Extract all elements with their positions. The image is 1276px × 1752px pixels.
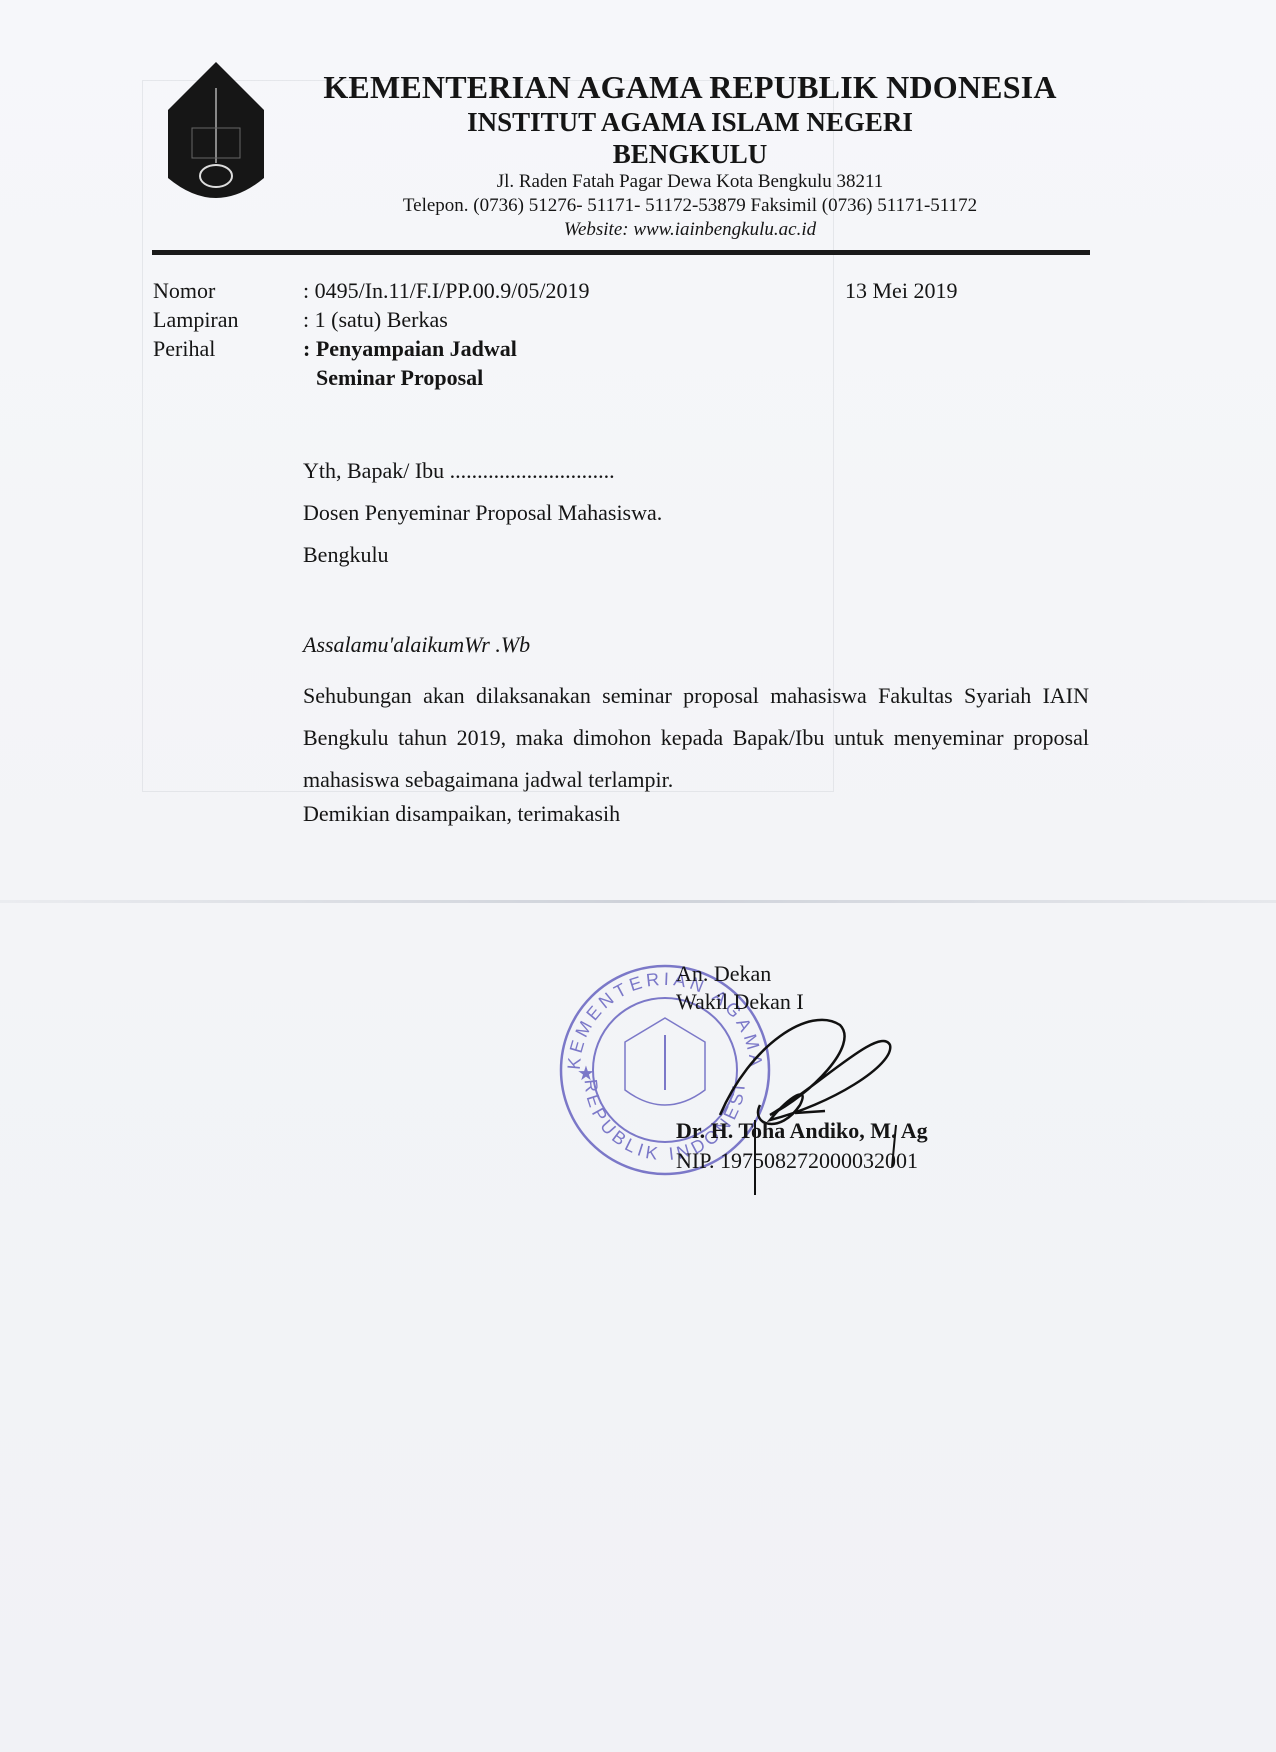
recipient-line: Yth, Bapak/ Ibu ........................…: [303, 450, 662, 492]
institute-phone: Telepon. (0736) 51276- 51171- 51172-5387…: [290, 194, 1090, 218]
letter-meta: Nomor : 0495/In.11/F.I/PP.00.9/05/2019 L…: [153, 276, 590, 392]
recipient-line: Bengkulu: [303, 534, 662, 576]
ministry-name: KEMENTERIAN AGAMA REPUBLIK NDONESIA: [290, 68, 1090, 106]
lampiran-value: : 1 (satu) Berkas: [303, 305, 448, 334]
nomor-value: : 0495/In.11/F.I/PP.00.9/05/2019: [303, 276, 590, 305]
letter-date: 13 Mei 2019: [845, 276, 957, 305]
nomor-label: Nomor: [153, 276, 303, 305]
recipient-block: Yth, Bapak/ Ibu ........................…: [303, 450, 662, 576]
lampiran-label: Lampiran: [153, 305, 303, 334]
institute-address: Jl. Raden Fatah Pagar Dewa Kota Bengkulu…: [290, 170, 1090, 194]
body-paragraph: Sehubungan akan dilaksanakan seminar pro…: [303, 675, 1089, 801]
signatory-nip: NIP. 197508272000032001: [676, 1148, 918, 1174]
greeting: Assalamu'alaikumWr .Wb: [303, 632, 530, 658]
signatory-name: Dr. H. Toha Andiko, M. Ag: [676, 1118, 928, 1144]
perihal-row: Perihal : Penyampaian Jadwal: [153, 334, 590, 363]
recipient-line: Dosen Penyeminar Proposal Mahasiswa.: [303, 492, 662, 534]
institute-city: BENGKULU: [290, 138, 1090, 170]
letterhead: KEMENTERIAN AGAMA REPUBLIK NDONESIA INST…: [290, 68, 1090, 242]
paper-fold: [0, 900, 1276, 903]
institute-website: Website: www.iainbengkulu.ac.id: [290, 218, 1090, 242]
letterhead-rule: [152, 250, 1090, 255]
lampiran-row: Lampiran : 1 (satu) Berkas: [153, 305, 590, 334]
iain-logo-icon: [160, 58, 272, 218]
perihal-value-cont: Seminar Proposal: [153, 363, 590, 392]
nomor-row: Nomor : 0495/In.11/F.I/PP.00.9/05/2019: [153, 276, 590, 305]
signatory-on-behalf: An. Dekan: [676, 960, 804, 988]
perihal-value: : Penyampaian Jadwal: [303, 334, 517, 363]
perihal-label: Perihal: [153, 334, 303, 363]
letter-page: KEMENTERIAN AGAMA REPUBLIK NDONESIA INST…: [0, 0, 1276, 1752]
closing-line: Demikian disampaikan, terimakasih: [303, 801, 620, 827]
institute-name: INSTITUT AGAMA ISLAM NEGERI: [290, 106, 1090, 138]
